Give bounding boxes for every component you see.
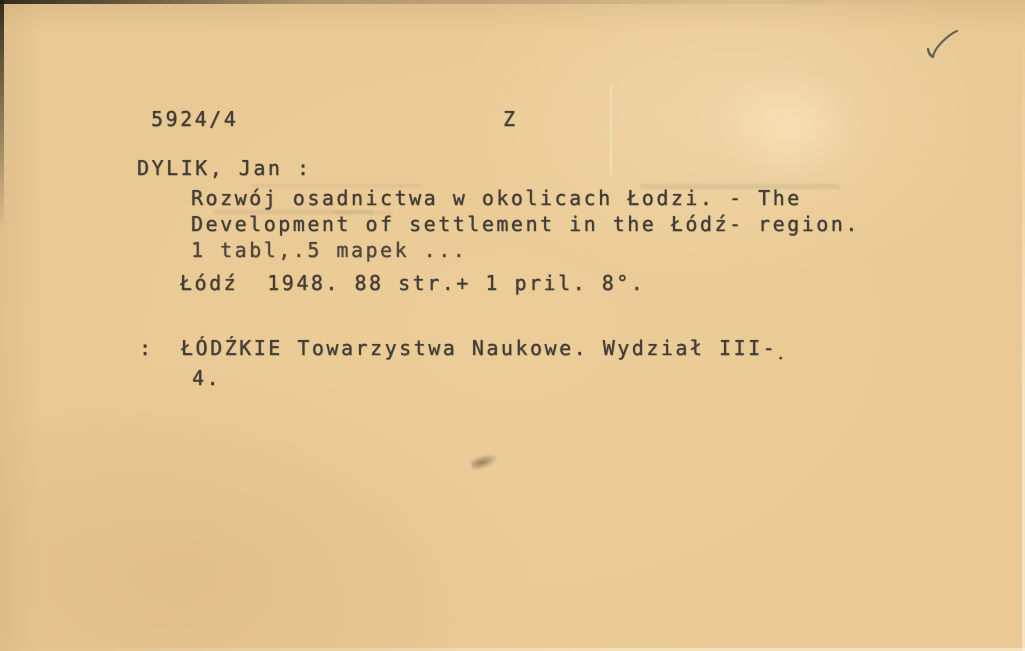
catalog-card: 5924/4 Z DYLIK, Jan : Rozwój osadnictwa … [0,0,1025,651]
author-heading: DYLIK, Jan : [137,156,312,180]
section-letter: Z [503,107,518,131]
call-number: 5924/4 [151,107,238,131]
title-line-2: Development of settlement in the Łódź- r… [191,212,860,236]
title-line-1: Rozwój osadnictwa w okolicach Łodzi. - T… [191,186,802,210]
imprint-line: Łódź 1948. 88 str.+ 1 pril. 8°. [180,271,645,295]
scan-edge-top [0,0,1025,4]
series-statement: ŁÓDŹKIE Towarzystwa Naukowe. Wydział III… [181,336,777,360]
paper-crease [610,85,612,175]
paper-light-patch [715,68,865,183]
title-line-3: 1 tabl,.5 mapek ... [191,238,467,262]
scan-edge-left [0,0,4,230]
ink-stain [470,451,500,472]
series-colon: : [139,336,154,360]
series-number: 4. [192,366,221,390]
checkmark-icon [916,24,964,64]
